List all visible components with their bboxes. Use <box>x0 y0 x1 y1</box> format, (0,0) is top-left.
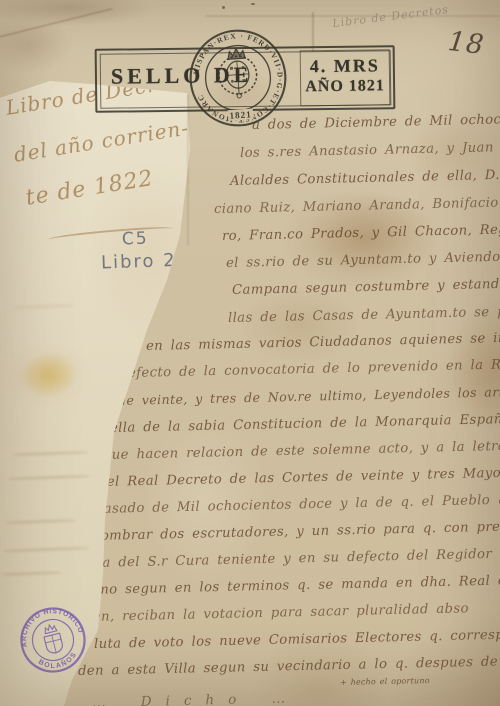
ink-bleed-mark <box>4 547 89 552</box>
ink-bleed-mark <box>12 451 88 456</box>
tax-stamp-rate-compartment: 4. MRS AÑO 1821 <box>300 49 391 106</box>
ink-speck <box>251 3 255 5</box>
slip-title-line: te de 1822 <box>24 166 155 211</box>
ink-bleed-mark <box>6 519 76 524</box>
ink-bleed-mark <box>2 571 62 576</box>
slip-title-line: del año corrien- <box>12 115 190 166</box>
royal-seal: HISPAN·REX · FERD·VII·D·G·ET·CONST·MONAR… <box>176 16 300 140</box>
ink-bleed-mark <box>14 304 74 309</box>
yellow-stain <box>17 348 81 402</box>
pencil-classification-note: C5 <box>122 229 149 250</box>
manuscript-photo: a dos de Diciembre de Mil ochocien los s… <box>0 0 500 706</box>
ink-bleed-mark <box>8 475 90 480</box>
tax-stamp-year: AÑO 1821 <box>301 77 389 96</box>
royal-seal-year: 1821 <box>229 109 252 121</box>
title-underline-flourish <box>48 225 173 244</box>
ink-speck <box>222 6 225 9</box>
tax-stamp-rate: 4. MRS <box>301 55 389 77</box>
folio-number: 18 <box>446 26 486 61</box>
